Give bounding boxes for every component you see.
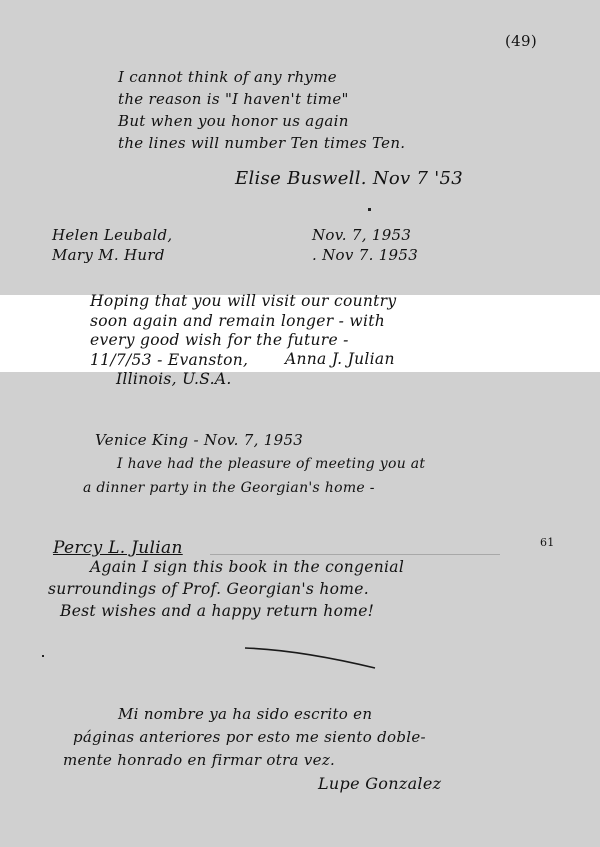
signature-name: Mary M. Hurd [52,246,165,264]
entry-line: Best wishes and a happy return home! [60,600,404,622]
signature-date: Venice King - Nov. 7, 1953 [95,428,425,452]
entry-line: soon again and remain longer - with [90,312,396,332]
entry-line: Mi nombre ya ha sido escrito en [118,703,441,726]
faint-ruled-line [210,554,500,555]
entry-line: surroundings of Prof. Georgian's home. [48,578,404,600]
margin-number: 61 [540,536,555,549]
entry-spanish: Mi nombre ya ha sido escrito en páginas … [118,703,441,795]
entry-venice-king: Venice King - Nov. 7, 1953 I have had th… [95,428,425,500]
signature-elise-buswell: Elise Buswell. Nov 7 '53 [235,168,463,189]
ink-speck [368,208,371,211]
entry-line: the reason is "I haven't time" [118,88,405,110]
entry-line: I cannot think of any rhyme [118,66,405,88]
entry-line: Hoping that you will visit our country [90,292,396,312]
entry-line: I have had the pleasure of meeting you a… [95,452,425,476]
entry-line: the lines will number Ten times Ten. [118,132,405,154]
pen-stroke-flourish [240,646,380,670]
entry-line: mente honrado en firmar otra vez. [63,749,441,772]
signature-date: . Nov 7. 1953 [312,245,418,265]
entry-line: But when you honor us again [118,110,405,132]
entry-signatures: Helen Leubald, Nov. 7, 1953 Mary M. Hurd… [52,225,172,265]
entry-line: every good wish for the future - [90,331,396,351]
signature-date: Nov. 7, 1953 [312,225,411,245]
page-number: (49) [505,32,537,50]
entry-line: Again I sign this book in the congenial [70,556,404,578]
entry-line: a dinner party in the Georgian's home - [83,476,425,500]
signature-anna-julian: Anna J. Julian [285,350,395,370]
entry-place: Illinois, U.S.A. [90,370,396,390]
signature-name: Helen Leubald, [52,226,172,244]
entry-percy-julian: Again I sign this book in the congenial … [70,556,404,622]
entry-line: páginas anteriores por esto me siento do… [73,726,441,749]
signature-lupe: Lupe Gonzalez [118,772,441,795]
ink-speck [42,655,44,657]
entry-anna-julian: Hoping that you will visit our country s… [90,292,396,390]
entry-poem: I cannot think of any rhyme the reason i… [118,66,405,154]
signature-percy-julian: Percy L. Julian [53,538,183,558]
